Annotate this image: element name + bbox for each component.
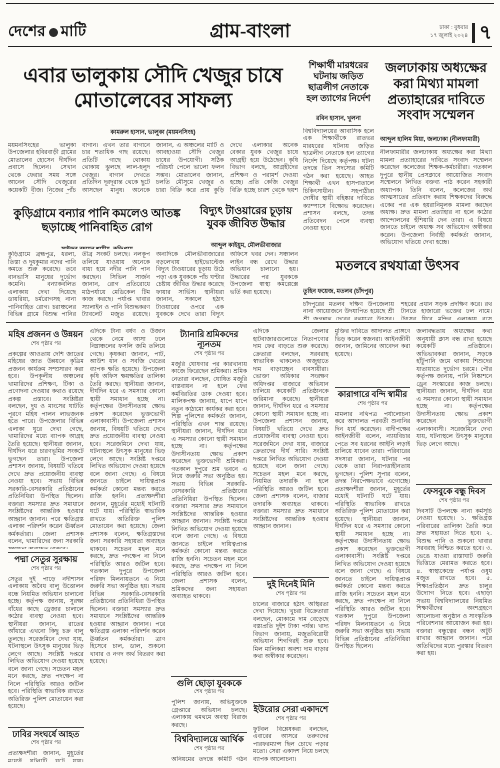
lead-headline: এবার ভালুকায় সৌদি খেজুর চাষে মোতালেবের … xyxy=(8,64,298,113)
stub-body: চালের বাজারে হঠাৎ অস্থিরতা দেখা দিয়েছে।… xyxy=(253,601,329,699)
continued-label: শেষ পৃষ্ঠার পর xyxy=(416,498,492,506)
continued-story-varsity: বিশ্ববিদ্যালয়ে আর্থিক শেষ পৃষ্ঠার পর xyxy=(171,732,247,754)
column-body: এদিকে জেলার হাটবাজারগুলোতে নিত্যপণ্যের দ… xyxy=(253,328,329,574)
stub-headline: ইউরোর সেরা একাদশে xyxy=(253,705,329,715)
continued-label: শেষ পৃষ্ঠার পর xyxy=(253,591,329,599)
masthead: দেশের মাটি গ্রাম-বাংলা ঢাকা : বুধবার ১৭ … xyxy=(8,19,492,47)
continued-stories-band: মহিষ প্রজনন ও উন্নয়ন শেষ পৃষ্ঠার পর প্র… xyxy=(8,328,492,762)
student-body: বিশ্ববিদ্যালয়ের আবাসিক হলে এক শিক্ষার্থ… xyxy=(303,128,374,244)
article-lead: এবার ভালুকায় সৌদি খেজুর চাষে মোতালেবের … xyxy=(8,51,298,194)
bottom-band-rule xyxy=(6,322,494,323)
flood-headline: কুড়িগ্রামে বন্যার পানি কমলেও আতঙ্ক ছড়া… xyxy=(8,207,186,235)
continued-story-dhabi: ঢাবির সংঘর্ষে আহত শেষ পৃষ্ঠার পর xyxy=(8,727,84,749)
continued-story-tannery: ট্যানারি শ্রমিকদের ন্যূনতম শেষ পৃষ্ঠার প… xyxy=(171,328,247,359)
stub-headline: ট্যানারি শ্রমিকদের ন্যূনতম xyxy=(171,330,247,350)
band-column-4: এদিকে জেলার হাটবাজারগুলোতে নিত্যপণ্যের দ… xyxy=(253,328,329,762)
band-column-6: জলাবদ্ধতায় অধ্যক্ষের কথা অনুযায়ী ক্লাস… xyxy=(416,328,492,762)
continued-label: শেষ পৃষ্ঠার পর xyxy=(335,401,411,409)
stub-body: প্রকল্পের আওতায় দেশি জাতের মহিষের জাত উ… xyxy=(8,351,84,549)
stub-headline: গুলি ছোড়া যুবককে xyxy=(171,679,247,689)
headline-row-2: কুড়িগ্রামে বন্যার পানি কমলেও আতঙ্ক ছড়া… xyxy=(8,197,298,249)
student-headline: শিক্ষার্থী মারধরের ঘটনায় জড়িত ছাত্রলীগ… xyxy=(303,60,374,104)
article-jaldhaka: জলঢাকায় অধ্যক্ষের করা মিথ্যা মামলা প্রত… xyxy=(380,49,492,244)
jaldhaka-body: নীলফামারীর জলঢাকায় অধ্যক্ষের করা মিথ্যা… xyxy=(380,149,492,244)
continued-label: শেষ পৃষ্ঠার পর xyxy=(171,689,247,697)
column-body: জলাবদ্ধতায় অধ্যক্ষের কথা অনুযায়ী ক্লাস… xyxy=(416,328,492,481)
stub-body: অনিয়মের তদন্তে কমিটি গঠন করা হয়েছে। শি… xyxy=(171,756,247,762)
matlab-headline: মতলবে রথযাত্রা উৎসব xyxy=(303,258,492,274)
matlab-byline: তুহিন ফয়েজ, মতলব (চাঁদপুর) xyxy=(303,286,492,299)
lead-body: ময়মনসিংহের ভালুকা উপজেলার হবিরবাড়ী গ্র… xyxy=(8,142,298,194)
stub-body: ফুটবল বিশ্লেষকরা বলছেন, এবারের আসরে তরুণ… xyxy=(253,726,329,762)
shared-body-text: কুড়িগ্রামে ব্রহ্মপুত্র, ধরলা, তিস্তা ও … xyxy=(8,251,298,320)
band-column-2: এদিকে টানা বর্ষণ ও উজান থেকে নেমে আসা ঢল… xyxy=(90,328,166,762)
matlab-body: চাঁদপুরের মতলব দক্ষিণ উপজেলায় নানা আয়ো… xyxy=(303,301,492,320)
page-number: ৭ xyxy=(479,23,492,43)
stub-body: মামলার নথিপত্র পর্যালোচনা করে আদালত পরবর… xyxy=(335,411,411,762)
page-number-divider xyxy=(472,23,475,43)
continued-label: শেষ পৃষ্ঠার পর xyxy=(171,746,247,754)
continued-label: শেষ পৃষ্ঠার পর xyxy=(8,341,84,349)
tower-headline: বিদ্যুৎ টাওয়ারের চূড়ায় যুবক জীবিত উদ্… xyxy=(194,206,298,232)
stub-headline: বিশ্ববিদ্যালয়ে আর্থিক xyxy=(171,735,247,745)
stub-body: পুলিশ জানায়, অভিযুক্তকে গ্রেপ্তারে অভিয… xyxy=(171,699,247,729)
continued-label: শেষ পৃষ্ঠার পর xyxy=(8,740,84,748)
stub-headline: পদ্মা সেতুর সুরক্ষায় xyxy=(8,555,84,565)
stub-headline: কারাগারে বন্দি স্বামীর xyxy=(335,390,411,400)
continued-story-padma: পদ্মা সেতুর সুরক্ষায় শেষ পৃষ্ঠার পর xyxy=(8,552,84,574)
lead-byline: কামরুল হাসান, ভালুকা (ময়মনসিংহ) xyxy=(8,127,298,140)
continued-story-bondhu: ফেসবুকে বন্ধু দিবস শেষ পৃষ্ঠার পর xyxy=(416,484,492,506)
band-column-3: ট্যানারি শ্রমিকদের ন্যূনতম শেষ পৃষ্ঠার প… xyxy=(171,328,247,762)
stub-body: মজুরি ঘোষণার পর কারখানায় কাজে ফিরেছেন শ… xyxy=(171,361,247,673)
tower-byline: আব্দুল কাইয়ুম, মৌলভীবাজার xyxy=(194,240,298,249)
continued-label: শেষ পৃষ্ঠার পর xyxy=(171,351,247,359)
page-top-rule xyxy=(6,3,494,4)
continued-story-karagar: কারাগারে বন্দি স্বামীর শেষ পৃষ্ঠার পর xyxy=(335,387,411,409)
date-page-block: ঢাকা : বুধবার ১৭ জুলাই ২০২৪ ৭ xyxy=(430,23,492,43)
jaldhaka-byline: আব্দুল হালিম মিয়া, জলঢাকা (নীলফামারী) xyxy=(380,134,492,147)
column-body: এদিকে টানা বর্ষণ ও উজান থেকে নেমে আসা ঢল… xyxy=(90,328,166,762)
continued-story-mohish: মহিষ প্রজনন ও উন্নয়ন শেষ পৃষ্ঠার পর xyxy=(8,328,84,349)
date-lines: ঢাকা : বুধবার ১৭ জুলাই ২০২৪ xyxy=(430,25,468,39)
continued-label: শেষ পৃষ্ঠার পর xyxy=(253,716,329,724)
section-title: গ্রাম-বাংলা xyxy=(8,17,492,49)
newspaper-page: দেশের মাটি গ্রাম-বাংলা ঢাকা : বুধবার ১৭ … xyxy=(0,0,500,768)
band-column-1: মহিষ প্রজনন ও উন্নয়ন শেষ পৃষ্ঠার পর প্র… xyxy=(8,328,84,762)
stub-body: প্রত্যক্ষদর্শীরা জানান, মুহূর্তের মধ্যেই… xyxy=(8,750,84,762)
stub-body: দিবসটি উপলক্ষে নানা কর্মসূচি নেওয়া হয়ে… xyxy=(416,508,492,762)
article-student: শিক্ষার্থী মারধরের ঘটনায় জড়িত ছাত্রলীগ… xyxy=(303,51,374,244)
student-byline: রবিন হাসান, খুলনা xyxy=(303,113,374,126)
band-column-5: মুক্তির দাবিতে আদালত প্রাঙ্গণে ভিড় করেন… xyxy=(335,328,411,762)
stub-headline: ফেসবুকে বন্ধু দিবস xyxy=(416,487,492,497)
date-line-2: ১৭ জুলাই ২০২৪ xyxy=(430,33,468,40)
article-flood-head: কুড়িগ্রামে বন্যার পানি কমলেও আতঙ্ক ছড়া… xyxy=(8,197,186,249)
stub-body: সেতুর দুই পাড়ে নদীশাসন এলাকায় অবৈধ বাল… xyxy=(8,576,84,724)
article-tower-head: বিদ্যুৎ টাওয়ারের চূড়ায় যুবক জীবিত উদ্… xyxy=(194,197,298,249)
jaldhaka-headline: জলঢাকায় অধ্যক্ষের করা মিথ্যা মামলা প্রত… xyxy=(380,60,492,123)
stub-headline: ঢাবির সংঘর্ষে আহত xyxy=(8,730,84,740)
stub-headline: দুই দিনেই মিনি xyxy=(253,580,329,590)
article-matlab: মতলবে রথযাত্রা উৎসব তুহিন ফয়েজ, মতলব (চ… xyxy=(303,247,492,320)
stub-headline: মহিষ প্রজনন ও উন্নয়ন xyxy=(8,330,84,340)
column-body: মুক্তির দাবিতে আদালত প্রাঙ্গণে ভিড় করেন… xyxy=(335,328,411,384)
continued-story-guli: গুলি ছোড়া যুবককে শেষ পৃষ্ঠার পর xyxy=(171,676,247,698)
flood-tower-body: কুড়িগ্রামে ব্রহ্মপুত্র, ধরলা, তিস্তা ও … xyxy=(8,251,298,320)
date-line-1: ঢাকা : বুধবার xyxy=(430,25,468,32)
continued-story-euro: ইউরোর সেরা একাদশে শেষ পৃষ্ঠার পর xyxy=(253,702,329,724)
continued-story-duidin: দুই দিনেই মিনি শেষ পৃষ্ঠার পর xyxy=(253,577,329,599)
flood-byline: সাইফুর রহমান শামীম, কুড়িগ্রাম xyxy=(8,244,186,249)
continued-label: শেষ পৃষ্ঠার পর xyxy=(8,566,84,574)
